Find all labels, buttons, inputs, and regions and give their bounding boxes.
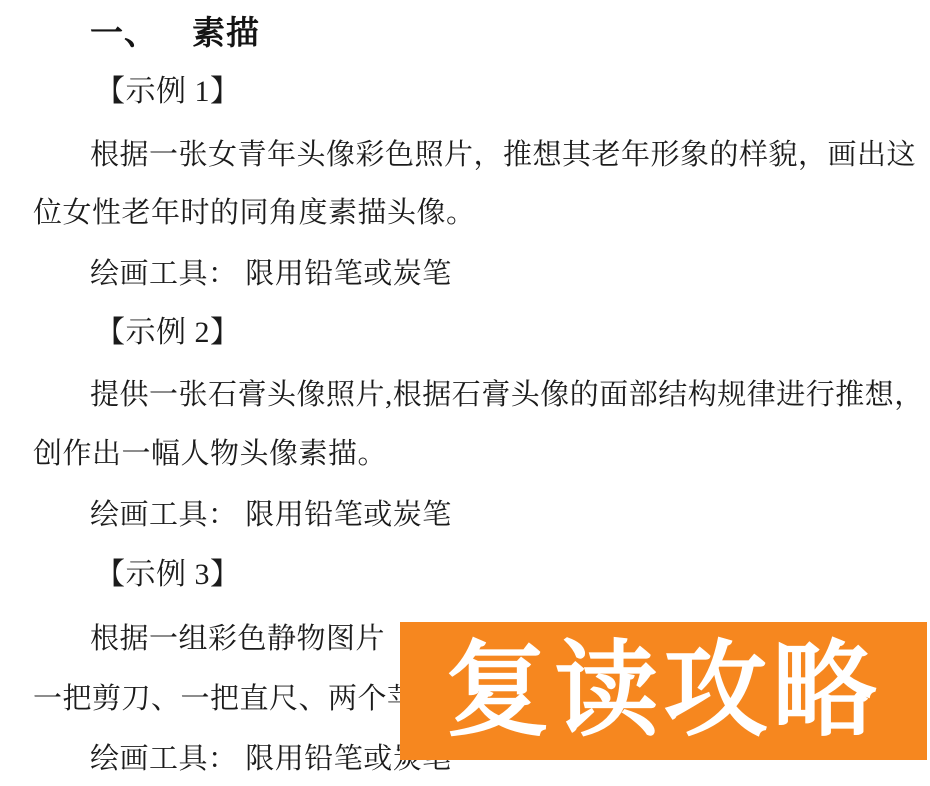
paragraph-line: 位女性老年时的同角度素描头像。 [33, 196, 476, 230]
example-3-label: 【示例 3】 [95, 558, 241, 592]
paragraph-line: 根据一张女青年头像彩色照片，推想其老年形象的样貌，画出这 [90, 138, 916, 172]
section-heading-number: 一、 [90, 14, 158, 51]
tools-line: 绘画工具： 限用铅笔或炭笔 [90, 257, 452, 291]
promo-banner-watermark: 复读攻略 [400, 622, 927, 760]
section-heading-title: 素描 [192, 14, 260, 51]
paragraph-line: 提供一张石膏头像照片,根据石膏头像的面部结构规律进行推想， [90, 378, 924, 412]
document-page: 一、素描 【示例 1】 根据一张女青年头像彩色照片，推想其老年形象的样貌，画出这… [0, 0, 930, 786]
example-2-label: 【示例 2】 [95, 316, 241, 350]
example-1-label: 【示例 1】 [95, 75, 241, 109]
paragraph-line: 一把剪刀、一把直尺、两个苹果 [33, 682, 446, 716]
paragraph-line: 创作出一幅人物头像素描。 [33, 437, 387, 471]
tools-line: 绘画工具： 限用铅笔或炭笔 [90, 742, 452, 776]
tools-line: 绘画工具： 限用铅笔或炭笔 [90, 498, 452, 532]
paragraph-line: 根据一组彩色静物图片（ [90, 622, 415, 656]
section-heading: 一、素描 [90, 14, 260, 52]
